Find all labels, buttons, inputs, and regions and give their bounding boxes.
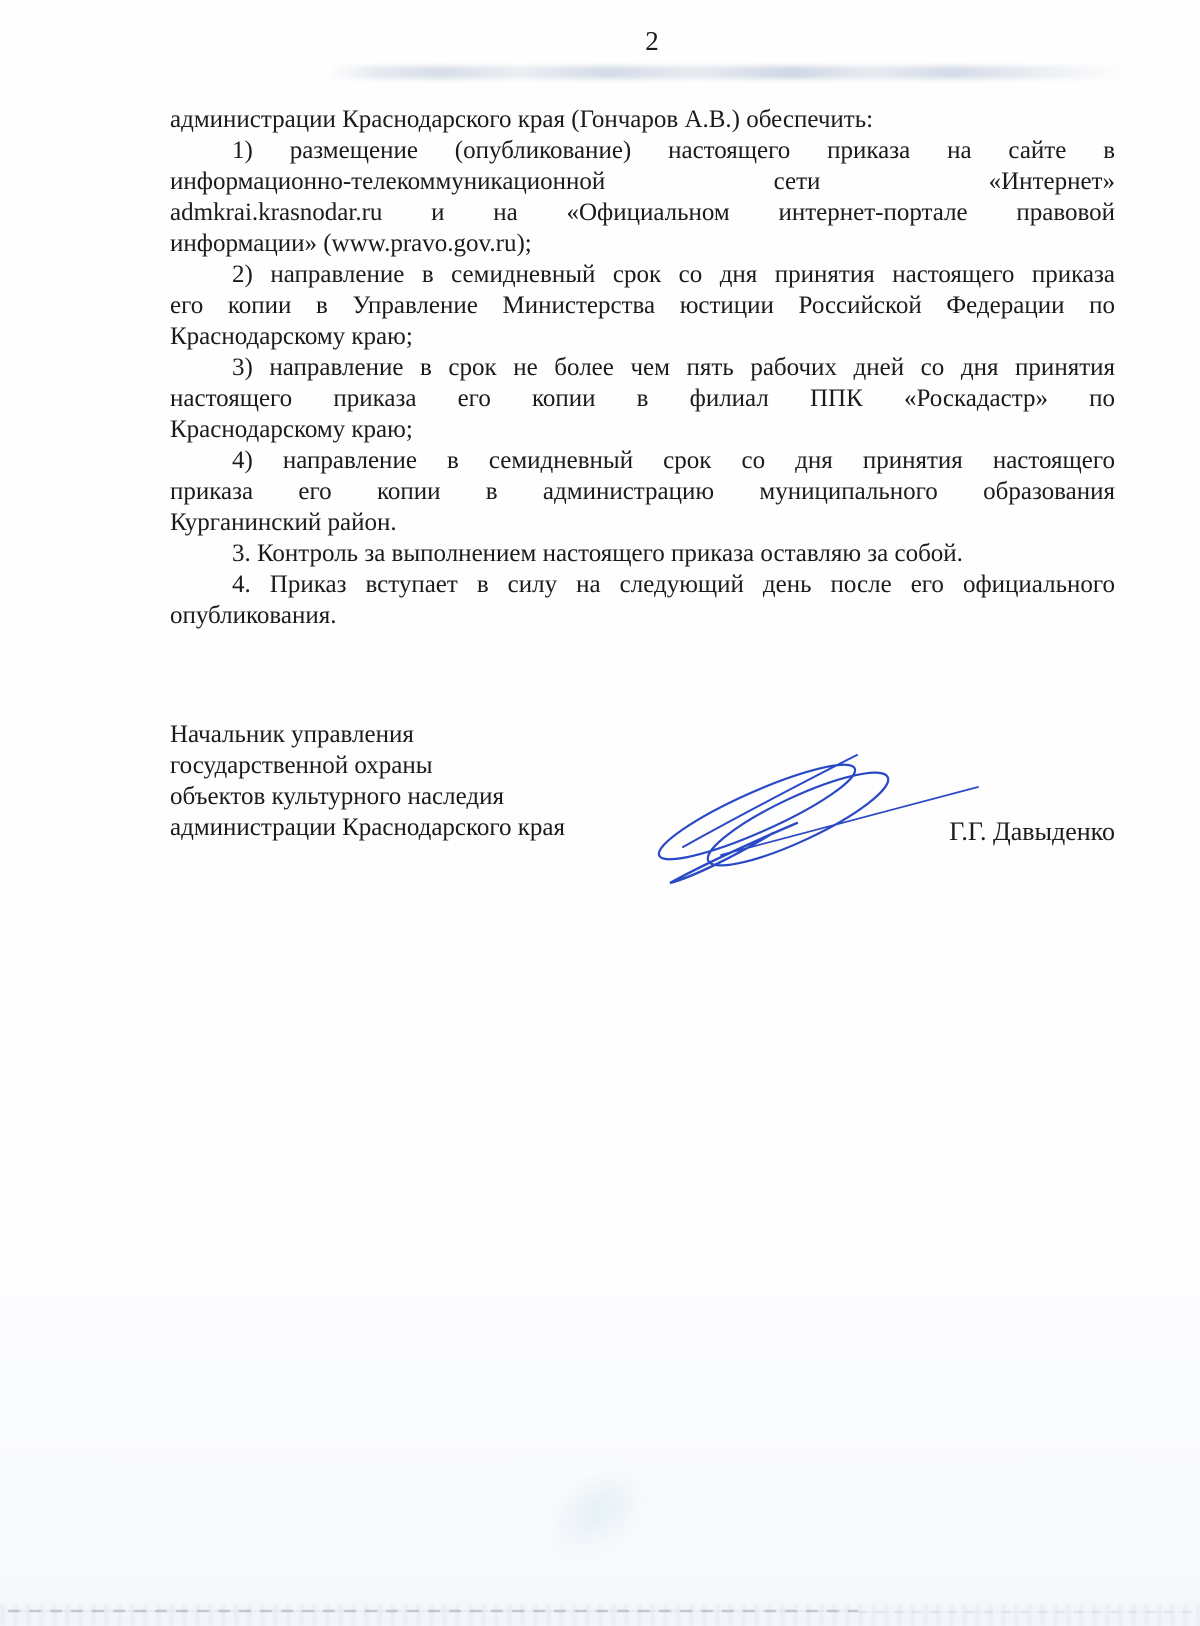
scan-smudge-artifact <box>531 1450 664 1573</box>
text-line: опубликования. <box>170 600 1115 631</box>
text-line: 3) направление в срок не более чем пять … <box>170 352 1115 383</box>
text-line: информации» (www.pravo.gov.ru); <box>170 228 1115 259</box>
scan-smear-artifact-top <box>328 66 1128 79</box>
page-number: 2 <box>172 26 1132 57</box>
text-line: 3. Контроль за выполнением настоящего пр… <box>170 538 1115 569</box>
text-line: информационно-телекоммуникационной сети … <box>170 166 1115 197</box>
text-line: его копии в Управление Министерства юсти… <box>170 290 1115 321</box>
text-line: 4. Приказ вступает в силу на следующий д… <box>170 569 1115 600</box>
text-line: приказа его копии в администрацию муници… <box>170 476 1115 507</box>
text-line: 2) направление в семидневный срок со дня… <box>170 259 1115 290</box>
scan-noise-band-artifact <box>0 1604 1200 1626</box>
text-line: admkrai.krasnodar.ru и на «Официальном и… <box>170 197 1115 228</box>
text-line: настоящего приказа его копии в филиал ПП… <box>170 383 1115 414</box>
text-line: Краснодарскому краю; <box>170 321 1115 352</box>
text-line: Курганинский район. <box>170 507 1115 538</box>
signature-ink-icon <box>645 735 980 887</box>
text-line: 1) размещение (опубликование) настоящего… <box>170 135 1115 166</box>
text-line: Краснодарскому краю; <box>170 414 1115 445</box>
text-line: администрации Краснодарского края (Гонча… <box>170 104 1115 135</box>
document-body: администрации Краснодарского края (Гонча… <box>170 104 1115 631</box>
signer-name: Г.Г. Давыденко <box>913 817 1115 847</box>
document-page: 2 администрации Краснодарского края (Гон… <box>0 0 1200 1626</box>
handwritten-signature <box>645 735 980 887</box>
text-line: 4) направление в семидневный срок со дня… <box>170 445 1115 476</box>
